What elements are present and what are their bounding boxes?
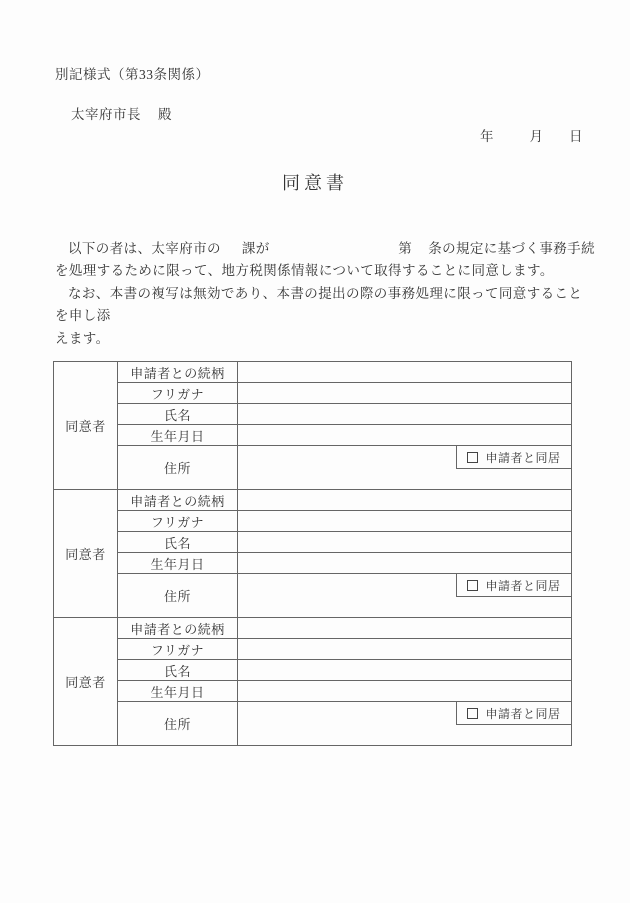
addressee-line: 太宰府市長殿	[71, 103, 172, 123]
field-birthdate-1[interactable]	[238, 425, 572, 446]
consenter-table: 同意者 申請者との続柄 フリガナ 氏名 生年月日 住所	[53, 361, 572, 746]
cohabit-checkbox-label: 申請者と同居	[485, 449, 560, 466]
body-line-4: えます。	[55, 328, 595, 350]
row-label-birthdate: 生年月日	[118, 425, 238, 446]
checkbox-icon[interactable]	[467, 452, 478, 463]
field-full-name-1[interactable]	[238, 404, 572, 425]
row-label-birthdate: 生年月日	[118, 553, 238, 574]
field-furigana-3[interactable]	[238, 639, 572, 660]
field-furigana-1[interactable]	[238, 383, 572, 404]
field-address-3[interactable]: 申請者と同居	[238, 702, 571, 745]
group-label-consenter: 同意者	[54, 362, 118, 490]
body-line1-text-c: 第	[398, 238, 412, 260]
consenter-section-2: 同意者 申請者との続柄 フリガナ 氏名 生年月日 住所	[54, 490, 572, 618]
body-line1-text-d: 条の規定に基づく事務手続	[428, 238, 595, 260]
row-label-furigana: フリガナ	[118, 511, 238, 532]
form-reference: 別記様式（第33条関係）	[55, 63, 210, 83]
addressee-honorific: 殿	[158, 107, 172, 122]
group-label-consenter: 同意者	[54, 618, 118, 746]
form-title: 同意書	[0, 169, 630, 195]
cohabit-checkbox-2[interactable]: 申請者と同居	[456, 574, 571, 597]
month-label: 月	[530, 125, 544, 145]
row-label-full-name: 氏名	[118, 404, 238, 425]
row-label-address: 住所	[118, 702, 238, 746]
body-line-2: を処理するために限って、地方税関係情報について取得することに同意します。	[55, 260, 595, 282]
row-label-birthdate: 生年月日	[118, 681, 238, 702]
field-address-2[interactable]: 申請者と同居	[238, 574, 571, 617]
body-line1-text-b: 課が	[242, 238, 270, 260]
field-full-name-3[interactable]	[238, 660, 572, 681]
row-label-relationship: 申請者との続柄	[118, 618, 238, 639]
year-label: 年	[480, 125, 494, 145]
field-full-name-2[interactable]	[238, 532, 572, 553]
field-birthdate-2[interactable]	[238, 553, 572, 574]
cohabit-checkbox-3[interactable]: 申請者と同居	[456, 702, 571, 725]
field-relationship-1[interactable]	[238, 362, 572, 383]
row-label-full-name: 氏名	[118, 532, 238, 553]
row-label-address: 住所	[118, 446, 238, 490]
row-label-furigana: フリガナ	[118, 383, 238, 404]
checkbox-icon[interactable]	[467, 580, 478, 591]
consenter-section-1: 同意者 申請者との続柄 フリガナ 氏名 生年月日 住所	[54, 362, 572, 490]
field-birthdate-3[interactable]	[238, 681, 572, 702]
addressee-name: 太宰府市長	[71, 107, 141, 122]
day-label: 日	[569, 125, 583, 145]
body-line1-text-a: 以下の者は、太宰府市の	[68, 238, 221, 260]
row-label-relationship: 申請者との続柄	[118, 362, 238, 383]
body-line-1: 以下の者は、太宰府市の 課が 第 条の規定に基づく事務手続	[55, 238, 595, 260]
field-furigana-2[interactable]	[238, 511, 572, 532]
row-label-relationship: 申請者との続柄	[118, 490, 238, 511]
field-relationship-3[interactable]	[238, 618, 572, 639]
row-label-address: 住所	[118, 574, 238, 618]
row-label-furigana: フリガナ	[118, 639, 238, 660]
field-relationship-2[interactable]	[238, 490, 572, 511]
field-address-1[interactable]: 申請者と同居	[238, 446, 571, 489]
checkbox-icon[interactable]	[467, 708, 478, 719]
cohabit-checkbox-1[interactable]: 申請者と同居	[456, 446, 571, 469]
cohabit-checkbox-label: 申請者と同居	[485, 577, 560, 594]
cohabit-checkbox-label: 申請者と同居	[485, 705, 560, 722]
consenter-section-3: 同意者 申請者との続柄 フリガナ 氏名 生年月日 住所	[54, 618, 572, 746]
date-line: 年 月 日	[480, 125, 583, 145]
row-label-full-name: 氏名	[118, 660, 238, 681]
body-line-3: なお、本書の複写は無効であり、本書の提出の際の事務処理に限って同意することを申し…	[55, 283, 595, 328]
consent-form-page: 別記様式（第33条関係） 太宰府市長殿 年 月 日 同意書 以下の者は、太宰府市…	[0, 0, 630, 903]
group-label-consenter: 同意者	[54, 490, 118, 618]
body-paragraphs: 以下の者は、太宰府市の 課が 第 条の規定に基づく事務手続 を処理するために限っ…	[55, 238, 595, 350]
